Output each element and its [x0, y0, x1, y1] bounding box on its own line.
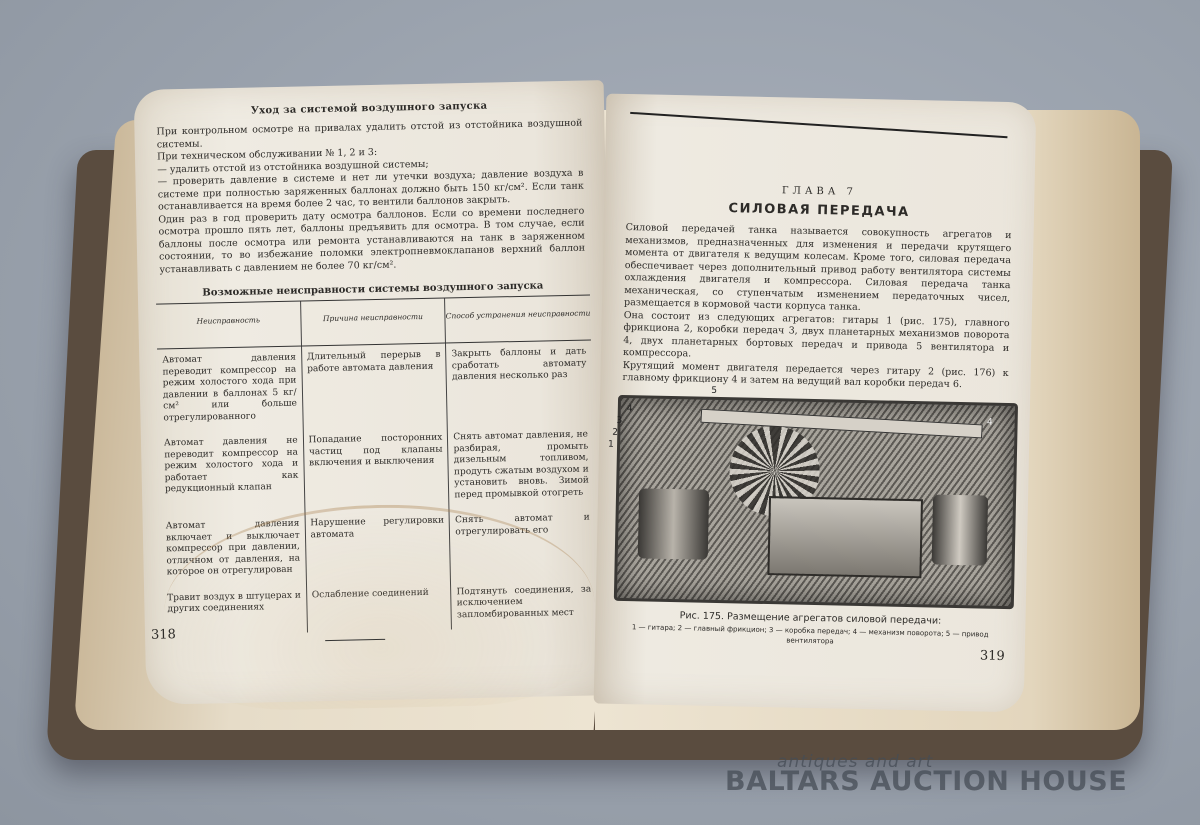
column-header: Причина неисправности	[301, 299, 447, 346]
turning-mechanism-drawing	[932, 494, 988, 565]
paragraph: Силовой передачей танка называется совок…	[624, 222, 1012, 318]
paragraph: Один раз в год проверить дату осмотра ба…	[158, 205, 585, 276]
page-number-left: 318	[151, 627, 176, 643]
gearbox-drawing	[767, 496, 923, 578]
right-page: ГЛАВА 7 СИЛОВАЯ ПЕРЕДАЧА Силовой передач…	[594, 94, 1037, 713]
figure-label: 4	[627, 404, 633, 414]
column-header: Способ устранения неисправности	[445, 295, 591, 342]
fault-table: Неисправность Причина неисправности Спос…	[156, 294, 597, 635]
final-drive-drawing	[638, 488, 709, 559]
figure-label: 4	[987, 417, 993, 427]
cell-fault: Автомат давления не переводит компрессор…	[159, 430, 305, 516]
table-row: Автомат давления не переводит компрессор…	[159, 423, 595, 515]
cell-cause: Длительный перерыв в работе автомата дав…	[302, 343, 448, 429]
cell-fault: Автомат давления включает и выключает ко…	[161, 512, 307, 587]
watermark-name: BALTARS AUCTION HOUSE	[725, 766, 1127, 797]
figure-label: 3	[616, 415, 622, 425]
left-page: Уход за системой воздушного запуска При …	[134, 80, 617, 705]
figure-label: 1	[608, 439, 614, 449]
figure-label: 2	[612, 427, 618, 437]
chapter-title: СИЛОВАЯ ПЕРЕДАЧА	[604, 199, 1034, 223]
page-number-right: 319	[980, 649, 1005, 665]
open-book-photo: Уход за системой воздушного запуска При …	[0, 0, 1200, 825]
table-row: Травит воздух в штуцерах и других соедин…	[162, 578, 597, 636]
paragraph: Она состоит из следующих агрегатов: гита…	[623, 309, 1010, 367]
cell-cause: Попадание посторонних частиц под клапаны…	[303, 426, 449, 512]
header-rule	[630, 112, 1007, 138]
cell-remedy: Подтянуть соединения, за исключением зап…	[451, 578, 597, 630]
column-header: Неисправность	[156, 302, 302, 349]
figure-label: 5	[711, 385, 717, 395]
chapter-label: ГЛАВА 7	[604, 182, 1034, 202]
footer-rule	[325, 639, 385, 641]
watermark: antiques and art BALTARS AUCTION HOUSE	[725, 752, 1127, 797]
left-page-title: Уход за системой воздушного запуска	[134, 98, 604, 119]
cell-fault: Травит воздух в штуцерах и других соедин…	[162, 584, 308, 636]
transmission-illustration: 5 4 3 2 1 4	[614, 394, 1018, 608]
cell-cause: Ослабление соединений	[307, 581, 453, 633]
cell-cause: Нарушение регулировки автомата	[305, 509, 451, 584]
table-row: Автомат давления переводит компрессор на…	[157, 340, 593, 432]
table-row: Автомат давления включает и выключает ко…	[161, 506, 596, 587]
cell-remedy: Закрыть баллоны и дать сработать автомат…	[446, 340, 592, 426]
cell-remedy: Снять автомат давления, не разбирая, про…	[448, 423, 594, 509]
cell-remedy: Снять автомат и отрегулировать его	[450, 506, 596, 581]
cell-fault: Автомат давления переводит компрессор на…	[157, 347, 303, 433]
